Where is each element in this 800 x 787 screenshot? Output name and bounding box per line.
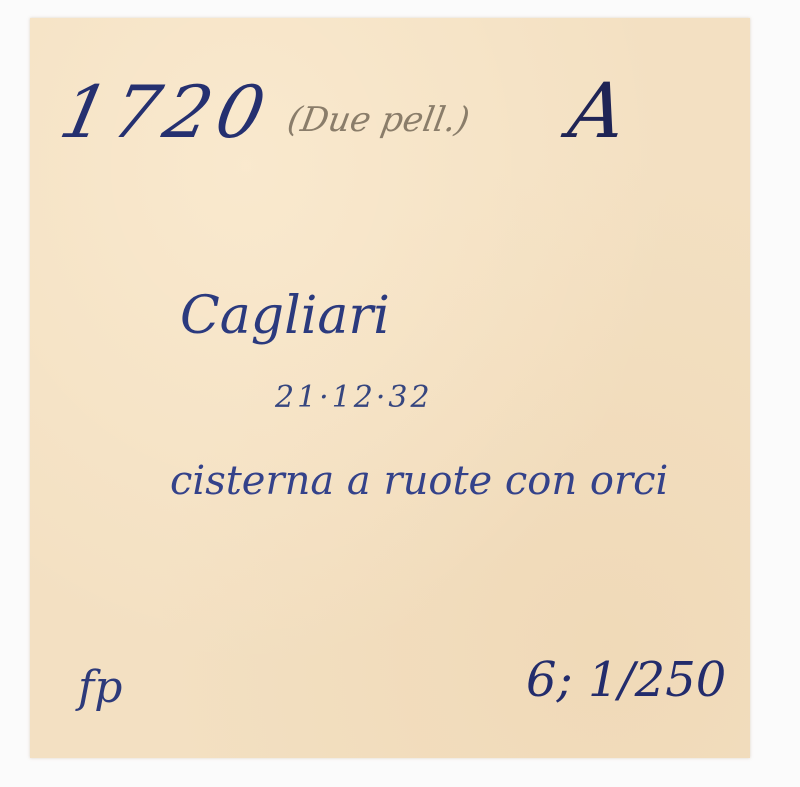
photo-date: 21·12·32: [275, 380, 433, 415]
exposure-settings: 6; 1/250: [526, 652, 726, 708]
inventory-number: 1720: [53, 70, 278, 154]
subject-description: cisterna a ruote con orci: [170, 458, 668, 504]
archival-index-card: 1720 (Due pell.) A Cagliari 21·12·32 cis…: [30, 18, 750, 758]
pencil-note: (Due pell.): [284, 100, 472, 140]
place-name: Cagliari: [180, 286, 390, 346]
series-letter: A: [564, 66, 631, 155]
photographer-initials: fp: [78, 662, 122, 713]
